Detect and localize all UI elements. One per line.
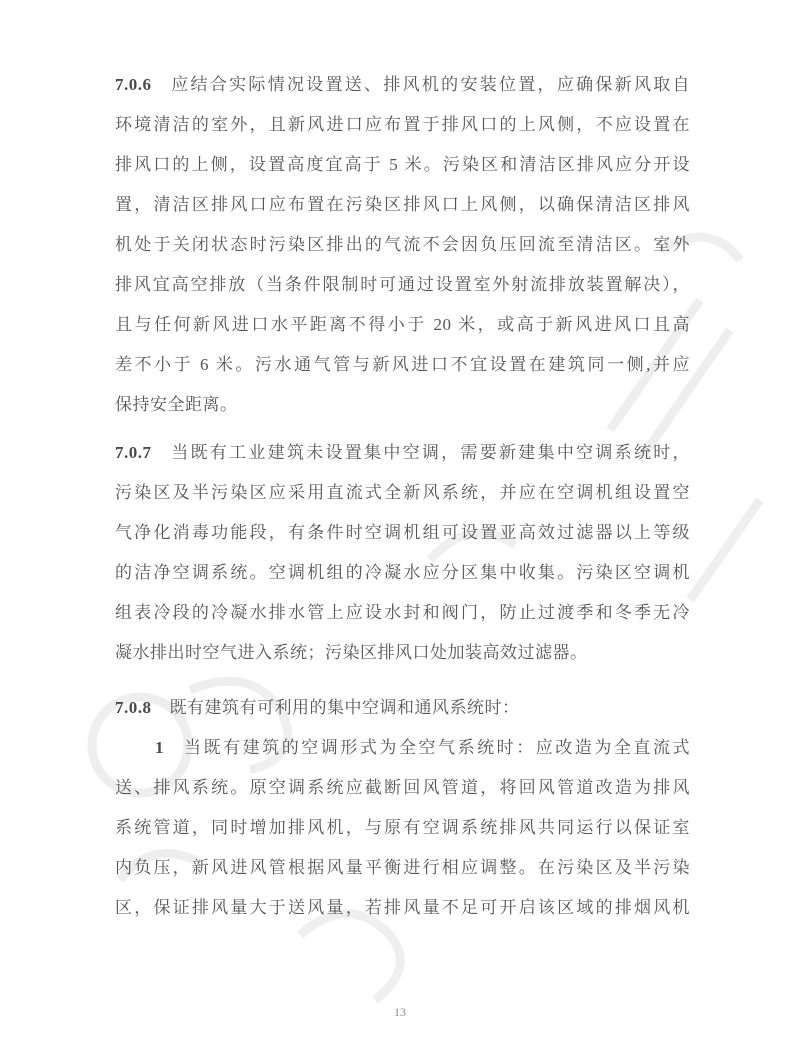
- line-text: 区，保证排风量大于送风量，若排风量不足可开启该区域的排烟风机: [115, 898, 690, 917]
- line-text: 排风口的上侧，设置高度宜高于 5 米。污染区和清洁区排风应分开设: [115, 155, 690, 174]
- line-text: 送、排风系统。原空调系统应截断回风管道，将回风管道改造为排风: [115, 778, 690, 797]
- document-page: 7.0.6应结合实际情况设置送、排风机的安装位置，应确保新风取自 环境清洁的室外…: [0, 0, 800, 1049]
- text-line: 且与任何新风进口水平距离不得小于 20 米，或高于新风进风口且高: [115, 305, 690, 345]
- text-line: 差不小于 6 米。污水通气管与新风进口不宜设置在建筑同一侧,并应: [115, 345, 690, 385]
- line-text: 排风宜高空排放（当条件限制时可通过设置室外射流排放装置解决），: [115, 275, 690, 294]
- text-line: 置，清洁区排风口应布置在污染区排风口上风侧，以确保清洁区排风: [115, 185, 690, 225]
- line-text: 既有建筑有可利用的集中空调和通风系统时：: [170, 698, 520, 717]
- text-line: 组表冷段的冷凝水排水管上应设水封和阀门，防止过渡季和冬季无冷: [115, 593, 690, 633]
- text-line: 气净化消毒功能段，有条件时空调机组可设置亚高效过滤器以上等级: [115, 513, 690, 553]
- text-line: 7.0.8既有建筑有可利用的集中空调和通风系统时：: [115, 688, 690, 728]
- section-number: 7.0.8: [115, 698, 152, 717]
- line-text: 置，清洁区排风口应布置在污染区排风口上风侧，以确保清洁区排风: [115, 195, 690, 214]
- text-line: 机处于关闭状态时污染区排出的气流不会因负压回流至清洁区。室外: [115, 225, 690, 265]
- line-text: 当既有建筑的空调形式为全空气系统时：应改造为全直流式: [182, 738, 690, 757]
- line-text: 应结合实际情况设置送、排风机的安装位置，应确保新风取自: [170, 75, 691, 94]
- text-line: 内负压，新风进风管根据风量平衡进行相应调整。在污染区及半污染: [115, 848, 690, 888]
- text-line: 环境清洁的室外，且新风进口应布置于排风口的上风侧，不应设置在: [115, 105, 690, 145]
- line-text: 差不小于 6 米。污水通气管与新风进口不宜设置在建筑同一侧,并应: [115, 355, 690, 374]
- line-text: 环境清洁的室外，且新风进口应布置于排风口的上风侧，不应设置在: [115, 115, 690, 134]
- section-number: 7.0.6: [115, 75, 152, 94]
- line-text: 气净化消毒功能段，有条件时空调机组可设置亚高效过滤器以上等级: [115, 523, 690, 542]
- line-text: 凝水排出时空气进入系统；污染区排风口处加装高效过滤器。: [115, 643, 588, 662]
- text-line: 系统管道，同时增加排风机，与原有空调系统排风共同运行以保证室: [115, 808, 690, 848]
- text-line: 凝水排出时空气进入系统；污染区排风口处加装高效过滤器。: [115, 633, 690, 673]
- body-text: 7.0.6应结合实际情况设置送、排风机的安装位置，应确保新风取自 环境清洁的室外…: [115, 0, 690, 1049]
- line-text: 内负压，新风进风管根据风量平衡进行相应调整。在污染区及半污染: [115, 858, 690, 877]
- line-text: 的洁净空调系统。空调机组的冷凝水应分区集中收集。污染区空调机: [115, 563, 690, 582]
- page-number: 13: [0, 1005, 800, 1020]
- text-line: 7.0.7当既有工业建筑未设置集中空调，需要新建集中空调系统时，: [115, 433, 690, 473]
- text-line: 区，保证排风量大于送风量，若排风量不足可开启该区域的排烟风机: [115, 888, 690, 928]
- text-line: 污染区及半污染区应采用直流式全新风系统，并应在空调机组设置空: [115, 473, 690, 513]
- text-line: 7.0.6应结合实际情况设置送、排风机的安装位置，应确保新风取自: [115, 65, 690, 105]
- text-line: 排风宜高空排放（当条件限制时可通过设置室外射流排放装置解决），: [115, 265, 690, 305]
- item-number: 1: [155, 738, 164, 757]
- line-text: 系统管道，同时增加排风机，与原有空调系统排风共同运行以保证室: [115, 818, 690, 837]
- text-line: 送、排风系统。原空调系统应截断回风管道，将回风管道改造为排风: [115, 768, 690, 808]
- line-text: 且与任何新风进口水平距离不得小于 20 米，或高于新风进风口且高: [115, 315, 690, 334]
- line-text: 当既有工业建筑未设置集中空调，需要新建集中空调系统时，: [170, 443, 691, 462]
- line-text: 保持安全距离。: [115, 395, 238, 414]
- text-line: 保持安全距离。: [115, 385, 690, 425]
- line-text: 组表冷段的冷凝水排水管上应设水封和阀门，防止过渡季和冬季无冷: [115, 603, 690, 622]
- line-text: 污染区及半污染区应采用直流式全新风系统，并应在空调机组设置空: [115, 483, 690, 502]
- text-line: 1当既有建筑的空调形式为全空气系统时：应改造为全直流式: [115, 728, 690, 768]
- text-line: 的洁净空调系统。空调机组的冷凝水应分区集中收集。污染区空调机: [115, 553, 690, 593]
- text-line: 排风口的上侧，设置高度宜高于 5 米。污染区和清洁区排风应分开设: [115, 145, 690, 185]
- line-text: 机处于关闭状态时污染区排出的气流不会因负压回流至清洁区。室外: [115, 235, 690, 254]
- section-number: 7.0.7: [115, 443, 152, 462]
